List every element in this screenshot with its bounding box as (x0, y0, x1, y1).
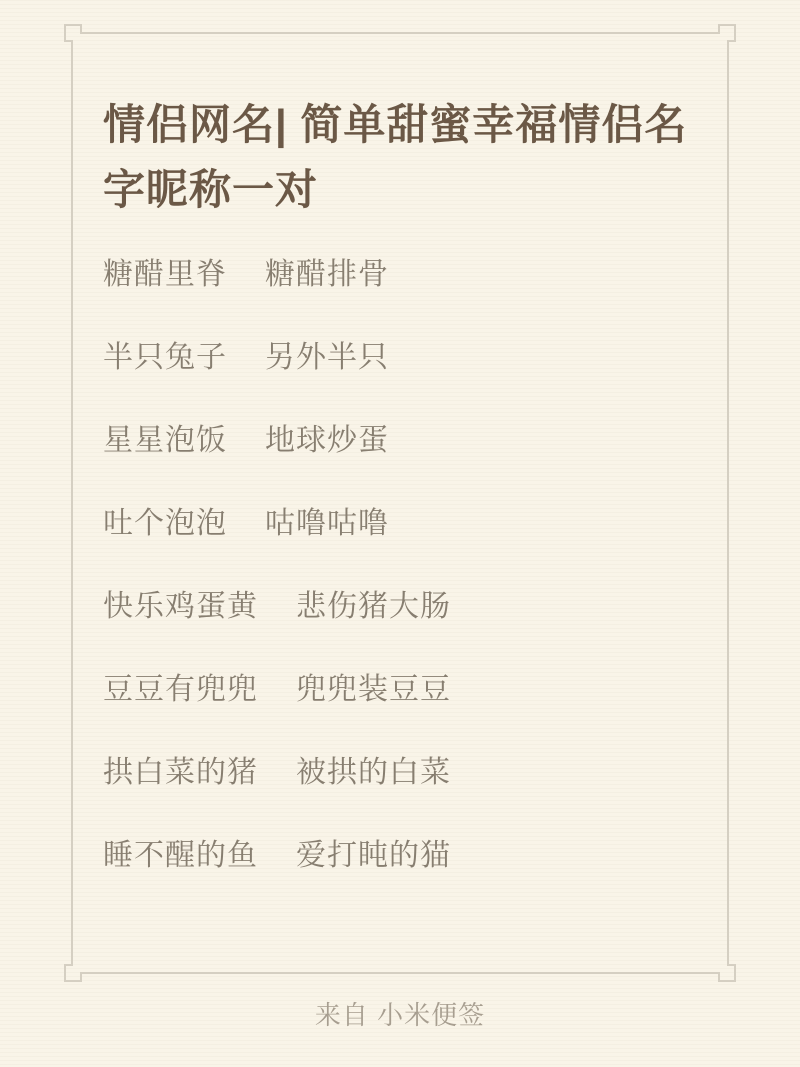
couple-name-left: 豆豆有兜兜 (103, 674, 258, 706)
source-attribution: 来自 小米便签 (0, 995, 800, 1032)
note-title-line1: 情侣网名| 简单甜蜜幸福情侣名 (103, 92, 723, 157)
couple-name-list: 糖醋里脊 糖醋排骨 半只兔子 另外半只 星星泡饭 地球炒蛋 吐个泡泡 咕噜咕噜 … (103, 259, 723, 872)
note-title-line2: 字昵称一对 (103, 157, 723, 222)
couple-name-right: 悲伤猪大肠 (296, 591, 451, 623)
couple-name-right: 地球炒蛋 (265, 425, 389, 457)
frame-corner-bottom-right (706, 951, 735, 981)
note-title: 情侣网名| 简单甜蜜幸福情侣名 字昵称一对 (103, 92, 723, 222)
frame-corner-top-right (706, 25, 735, 55)
couple-name-pair-row: 豆豆有兜兜 兜兜装豆豆 (103, 674, 723, 706)
couple-name-left: 糖醋里脊 (103, 259, 227, 291)
couple-name-pair-row: 吐个泡泡 咕噜咕噜 (103, 508, 723, 540)
couple-name-left: 半只兔子 (103, 342, 227, 374)
couple-name-pair-row: 睡不醒的鱼 爱打盹的猫 (103, 840, 723, 872)
couple-name-right: 糖醋排骨 (265, 259, 389, 291)
frame-corner-bottom-left (65, 951, 94, 981)
couple-name-right: 爱打盹的猫 (296, 840, 451, 872)
couple-name-pair-row: 糖醋里脊 糖醋排骨 (103, 259, 723, 291)
couple-name-pair-row: 星星泡饭 地球炒蛋 (103, 425, 723, 457)
couple-name-right: 另外半只 (265, 342, 389, 374)
note-share-card: 情侣网名| 简单甜蜜幸福情侣名 字昵称一对 糖醋里脊 糖醋排骨 半只兔子 另外半… (0, 0, 800, 1067)
couple-name-left: 星星泡饭 (103, 425, 227, 457)
couple-name-right: 兜兜装豆豆 (296, 674, 451, 706)
couple-name-pair-row: 半只兔子 另外半只 (103, 342, 723, 374)
couple-name-pair-row: 拱白菜的猪 被拱的白菜 (103, 757, 723, 789)
couple-name-left: 快乐鸡蛋黄 (103, 591, 258, 623)
couple-name-left: 吐个泡泡 (103, 508, 227, 540)
note-content: 情侣网名| 简单甜蜜幸福情侣名 字昵称一对 糖醋里脊 糖醋排骨 半只兔子 另外半… (103, 92, 723, 872)
couple-name-right: 被拱的白菜 (296, 757, 451, 789)
couple-name-left: 拱白菜的猪 (103, 757, 258, 789)
couple-name-right: 咕噜咕噜 (265, 508, 389, 540)
couple-name-left: 睡不醒的鱼 (103, 840, 258, 872)
frame-corner-top-left (65, 25, 94, 55)
couple-name-pair-row: 快乐鸡蛋黄 悲伤猪大肠 (103, 591, 723, 623)
